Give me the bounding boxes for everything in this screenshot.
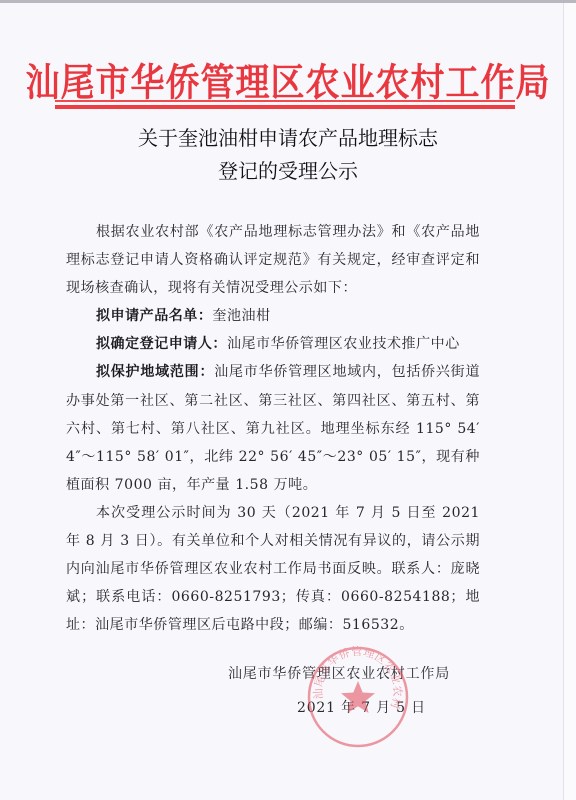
item-value: 汕尾市华侨管理区地域内，包括侨兴街道办事处第一社区、第二社区、第三社区、第四社区…	[66, 364, 480, 492]
letterhead-rule-thin	[55, 100, 515, 102]
notice-title-line1: 关于奎池油柑申请农产品地理标志	[0, 122, 576, 155]
item-protected-area: 拟保护地域范围：汕尾市华侨管理区地域内，包括侨兴街道办事处第一社区、第二社区、第…	[66, 358, 480, 498]
letterhead-title: 汕尾市华侨管理区农业农村工作局	[0, 52, 576, 107]
intro-paragraph: 根据农业农村部《农产品地理标志管理办法》和《农产品地理标志登记申请人资格确认评定…	[66, 218, 480, 302]
publicity-paragraph: 本次受理公示时间为 30 天（2021 年 7 月 5 日至 2021 年 8 …	[66, 499, 480, 639]
notice-title-line2: 登记的受理公示	[0, 155, 576, 188]
notice-title: 关于奎池油柑申请农产品地理标志 登记的受理公示	[0, 122, 576, 188]
signature-date: 2021 年 7 月 5 日	[297, 697, 426, 717]
item-applicant: 拟确定登记申请人：汕尾市华侨管理区农业技术推广中心	[66, 330, 480, 358]
item-value: 奎池油柑	[212, 308, 270, 324]
item-label: 拟申请产品名单：	[96, 308, 212, 324]
item-product-name: 拟申请产品名单：奎池油柑	[66, 302, 480, 330]
item-value: 汕尾市华侨管理区农业技术推广中心	[227, 336, 460, 352]
signature-organization: 汕尾市华侨管理区农业农村工作局	[228, 663, 450, 683]
item-label: 拟保护地域范围：	[96, 364, 214, 380]
notice-body: 根据农业农村部《农产品地理标志管理办法》和《农产品地理标志登记申请人资格确认评定…	[66, 218, 480, 639]
letterhead-rule-thick	[55, 105, 515, 109]
item-label: 拟确定登记申请人：	[96, 336, 227, 352]
